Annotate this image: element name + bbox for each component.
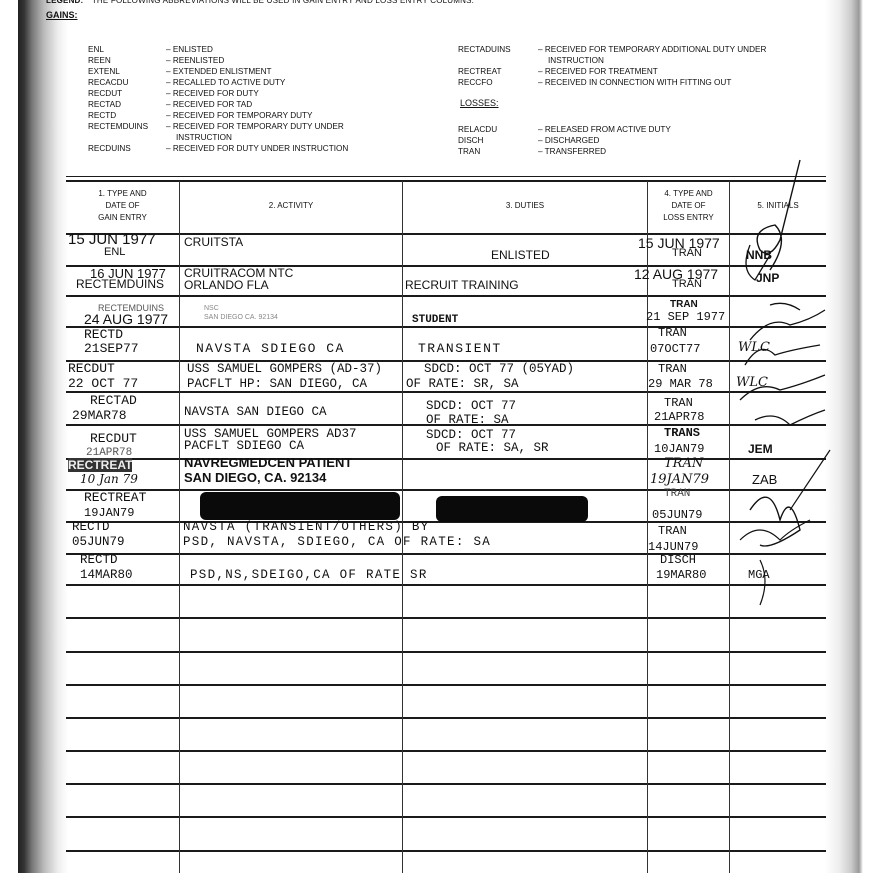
abbr-key: RECACDU (88, 77, 166, 88)
abbr-key: DISCH (458, 135, 538, 146)
loss-type: TRAN (658, 362, 687, 376)
gain-type: RECTREAT (68, 458, 132, 472)
header-loss-entry: 4. TYPE AND DATE OF LOSS ENTRY (648, 188, 729, 224)
activity: NAVSTA (TRANSIENT/OTHERS) BY PSD, NAVSTA… (183, 520, 491, 550)
loss-type: TRANS (664, 426, 700, 440)
activity-line: USS SAMUEL GOMPERS (AD-37) (187, 362, 382, 377)
activity: USS SAMUEL GOMPERS (AD-37) PACFLT HP: SA… (187, 362, 382, 392)
duties: ENLISTED (491, 248, 550, 262)
activity: USS SAMUEL GOMPERS AD37 PACFLT SDIEGO CA (184, 428, 357, 452)
activity: NAVSTA SDIEGO CA (196, 342, 345, 356)
abbr-key: RECTAD (88, 99, 166, 110)
legend-header: LEGEND: THE FOLLOWING ABBREVIATIONS WILL… (46, 0, 474, 5)
duties-line: SDCD: OCT 77 (426, 399, 516, 413)
row-rule (66, 489, 826, 491)
activity-line: NAVSTA (TRANSIENT/OTHERS) BY (183, 520, 491, 535)
activity: NSC SAN DIEGO CA. 92134 (204, 304, 278, 322)
duties-line: OF RATE: SA (426, 413, 516, 427)
loss-date: 10JAN79 (654, 442, 704, 456)
abbr-desc: – RECEIVED FOR DUTY UNDER INSTRUCTION (166, 144, 348, 153)
gain-type: RECTREAT (84, 491, 146, 505)
loss-type: TRAN (658, 524, 687, 538)
gain-type: RECDUT (68, 362, 115, 376)
abbr-key: RELACDU (458, 124, 538, 135)
row-rule (66, 783, 826, 785)
loss-date: 07OCT77 (650, 342, 700, 356)
activity-line: PACFLT HP: SAN DIEGO, CA (187, 377, 382, 392)
abbr-desc: – RECEIVED FOR TAD (166, 100, 252, 109)
duties: STUDENT (412, 313, 458, 327)
row-rule (66, 553, 826, 555)
legend-title: LEGEND: (46, 0, 83, 5)
redaction-mark (200, 492, 400, 520)
loss-type: TRAN (664, 487, 690, 501)
abbr-key: REEN (88, 55, 166, 66)
row-rule (66, 584, 826, 586)
gain-date: 05JUN79 (72, 535, 125, 549)
table-top-rule (66, 180, 826, 182)
abbr-desc: – RECEIVED FOR DUTY (166, 89, 259, 98)
abbr-desc: – EXTENDED ENLISTMENT (166, 67, 272, 76)
gain-type: RECTD (84, 328, 123, 342)
table-top-rule (66, 176, 826, 177)
abbr-key: TRAN (458, 146, 538, 157)
abbr-key: RECTEMDUINS (88, 121, 166, 132)
row-rule (66, 295, 826, 297)
duties: SDCD: OCT 77 OF RATE: SA, SR (426, 429, 549, 455)
row-rule (66, 750, 826, 752)
header-duties: 3. DUTIES (403, 200, 647, 212)
gain-type: RECTD (80, 553, 118, 567)
row-rule (66, 717, 826, 719)
losses-list: RELACDU– RELEASED FROM ACTIVE DUTY DISCH… (458, 124, 671, 157)
abbr-key: ENL (88, 44, 166, 55)
abbr-desc: – ENLISTED (166, 45, 213, 54)
header-line: 4. TYPE AND (648, 188, 729, 200)
duties: TRANSIENT (418, 342, 502, 356)
abbr-desc: – RELEASED FROM ACTIVE DUTY (538, 125, 671, 134)
redaction-mark (436, 496, 588, 522)
abbr-key: EXTENL (88, 66, 166, 77)
loss-date: 21APR78 (654, 410, 704, 424)
header-line: 1. TYPE AND (66, 188, 179, 200)
scan-margin-left (0, 0, 18, 873)
activity: NAVREGMEDCEN PATIENT SAN DIEGO, CA. 9213… (184, 455, 352, 485)
row-rule (66, 651, 826, 653)
activity: PSD,NS,SDEIGO,CA OF RATE SR (190, 568, 428, 582)
abbr-key: RECTADUINS (458, 44, 538, 55)
activity-line: PSD, NAVSTA, SDIEGO, CA OF RATE: SA (183, 535, 491, 550)
row-rule (66, 816, 826, 818)
abbr-desc: – RECEIVED FOR TEMPORARY DUTY (166, 111, 313, 120)
loss-type: TRAN (664, 396, 693, 410)
gain-date: 19JAN79 (84, 506, 134, 520)
gain-date: 22 OCT 77 (68, 377, 138, 391)
abbr-desc: – RECEIVED FOR TEMPORARY ADDITIONAL DUTY… (538, 45, 766, 54)
loss-type: TRAN (664, 456, 703, 471)
abbr-desc-cont: INSTRUCTION (176, 133, 232, 142)
duties-line: OF RATE: SA, SR (426, 442, 549, 455)
loss-date: 19JAN79 (650, 472, 709, 487)
abbr-desc: – REENLISTED (166, 56, 224, 65)
loss-date: 05JUN79 (652, 508, 702, 522)
activity-line: ORLANDO FLA (184, 279, 293, 291)
activity: CRUITSTA (184, 235, 243, 249)
abbr-key: RECDUINS (88, 143, 166, 154)
gain-type: ENL (104, 245, 125, 259)
gains-list-left: ENL– ENLISTED REEN– REENLISTED EXTENL– E… (88, 44, 348, 154)
abbr-desc: – TRANSFERRED (538, 147, 606, 156)
abbr-key: RECCFO (458, 77, 538, 88)
activity-line: SAN DIEGO CA. 92134 (204, 313, 278, 322)
gain-date: 29MAR78 (72, 409, 127, 423)
gains-list-right: RECTADUINS– RECEIVED FOR TEMPORARY ADDIT… (458, 44, 766, 88)
losses-label: LOSSES: (460, 98, 499, 108)
loss-type: TRAN (672, 277, 702, 291)
header-line: LOSS ENTRY (648, 212, 729, 224)
duties-line: SDCD: OCT 77 (05YAD) (406, 362, 574, 377)
row-rule (66, 684, 826, 686)
abbr-key: RECTD (88, 110, 166, 121)
scan-shadow-left (18, 0, 68, 873)
col-divider (179, 181, 180, 873)
row-rule (66, 617, 826, 619)
signature-strokes-icon (730, 150, 840, 610)
activity-line: PACFLT SDIEGO CA (184, 440, 357, 452)
gain-date: 24 AUG 1977 (84, 312, 168, 326)
gain-type: RECTAD (90, 394, 137, 408)
duties: SDCD: OCT 77 (05YAD) OF RATE: SR, SA (406, 362, 574, 392)
activity-line: NAVREGMEDCEN PATIENT (184, 455, 352, 470)
abbr-desc: – DISCHARGED (538, 136, 599, 145)
gain-type: RECTEMDUINS (76, 277, 164, 291)
header-line: GAIN ENTRY (66, 212, 179, 224)
loss-type: TRAN (672, 246, 702, 260)
header-activity: 2. ACTIVITY (180, 200, 402, 212)
col-divider (647, 181, 648, 873)
gains-label: GAINS: (46, 10, 78, 20)
abbr-desc: – RECEIVED FOR TREATMENT (538, 67, 658, 76)
gain-date: 10 Jan 79 (80, 472, 138, 486)
gain-date: 21SEP77 (84, 342, 139, 356)
loss-type: DISCH (660, 553, 696, 567)
loss-date: 19MAR80 (656, 568, 706, 582)
activity: NAVSTA SAN DIEGO CA (184, 405, 327, 419)
header-line: DATE OF (66, 200, 179, 212)
loss-type: TRAN (658, 326, 687, 340)
duties: SDCD: OCT 77 OF RATE: SA (426, 399, 516, 427)
row-rule (66, 850, 826, 852)
header-gain-entry: 1. TYPE AND DATE OF GAIN ENTRY (66, 188, 179, 224)
activity: CRUITRACOM NTC ORLANDO FLA (184, 267, 293, 291)
abbr-desc: – RECEIVED FOR TEMPORARY DUTY UNDER (166, 122, 344, 131)
gain-type: RECDUT (90, 432, 137, 446)
loss-date: 29 MAR 78 (648, 377, 713, 391)
loss-date: 14JUN79 (648, 540, 698, 554)
row-rule (66, 458, 826, 460)
gain-type: RECTD (72, 520, 110, 534)
abbr-desc: – RECEIVED IN CONNECTION WITH FITTING OU… (538, 78, 731, 87)
abbr-key: RECDUT (88, 88, 166, 99)
abbr-desc-cont: INSTRUCTION (548, 56, 604, 65)
abbr-desc: – RECALLED TO ACTIVE DUTY (166, 78, 285, 87)
duties-line: OF RATE: SR, SA (406, 377, 574, 392)
legend-text: THE FOLLOWING ABBREVIATIONS WILL BE USED… (92, 0, 474, 5)
header-line: DATE OF (648, 200, 729, 212)
activity-line: NSC (204, 304, 278, 313)
activity-line: SAN DIEGO, CA. 92134 (184, 470, 352, 485)
gain-date: 14MAR80 (80, 568, 133, 582)
loss-date: 21 SEP 1977 (646, 310, 725, 324)
duties: RECRUIT TRAINING (405, 278, 519, 292)
abbr-key: RECTREAT (458, 66, 538, 77)
